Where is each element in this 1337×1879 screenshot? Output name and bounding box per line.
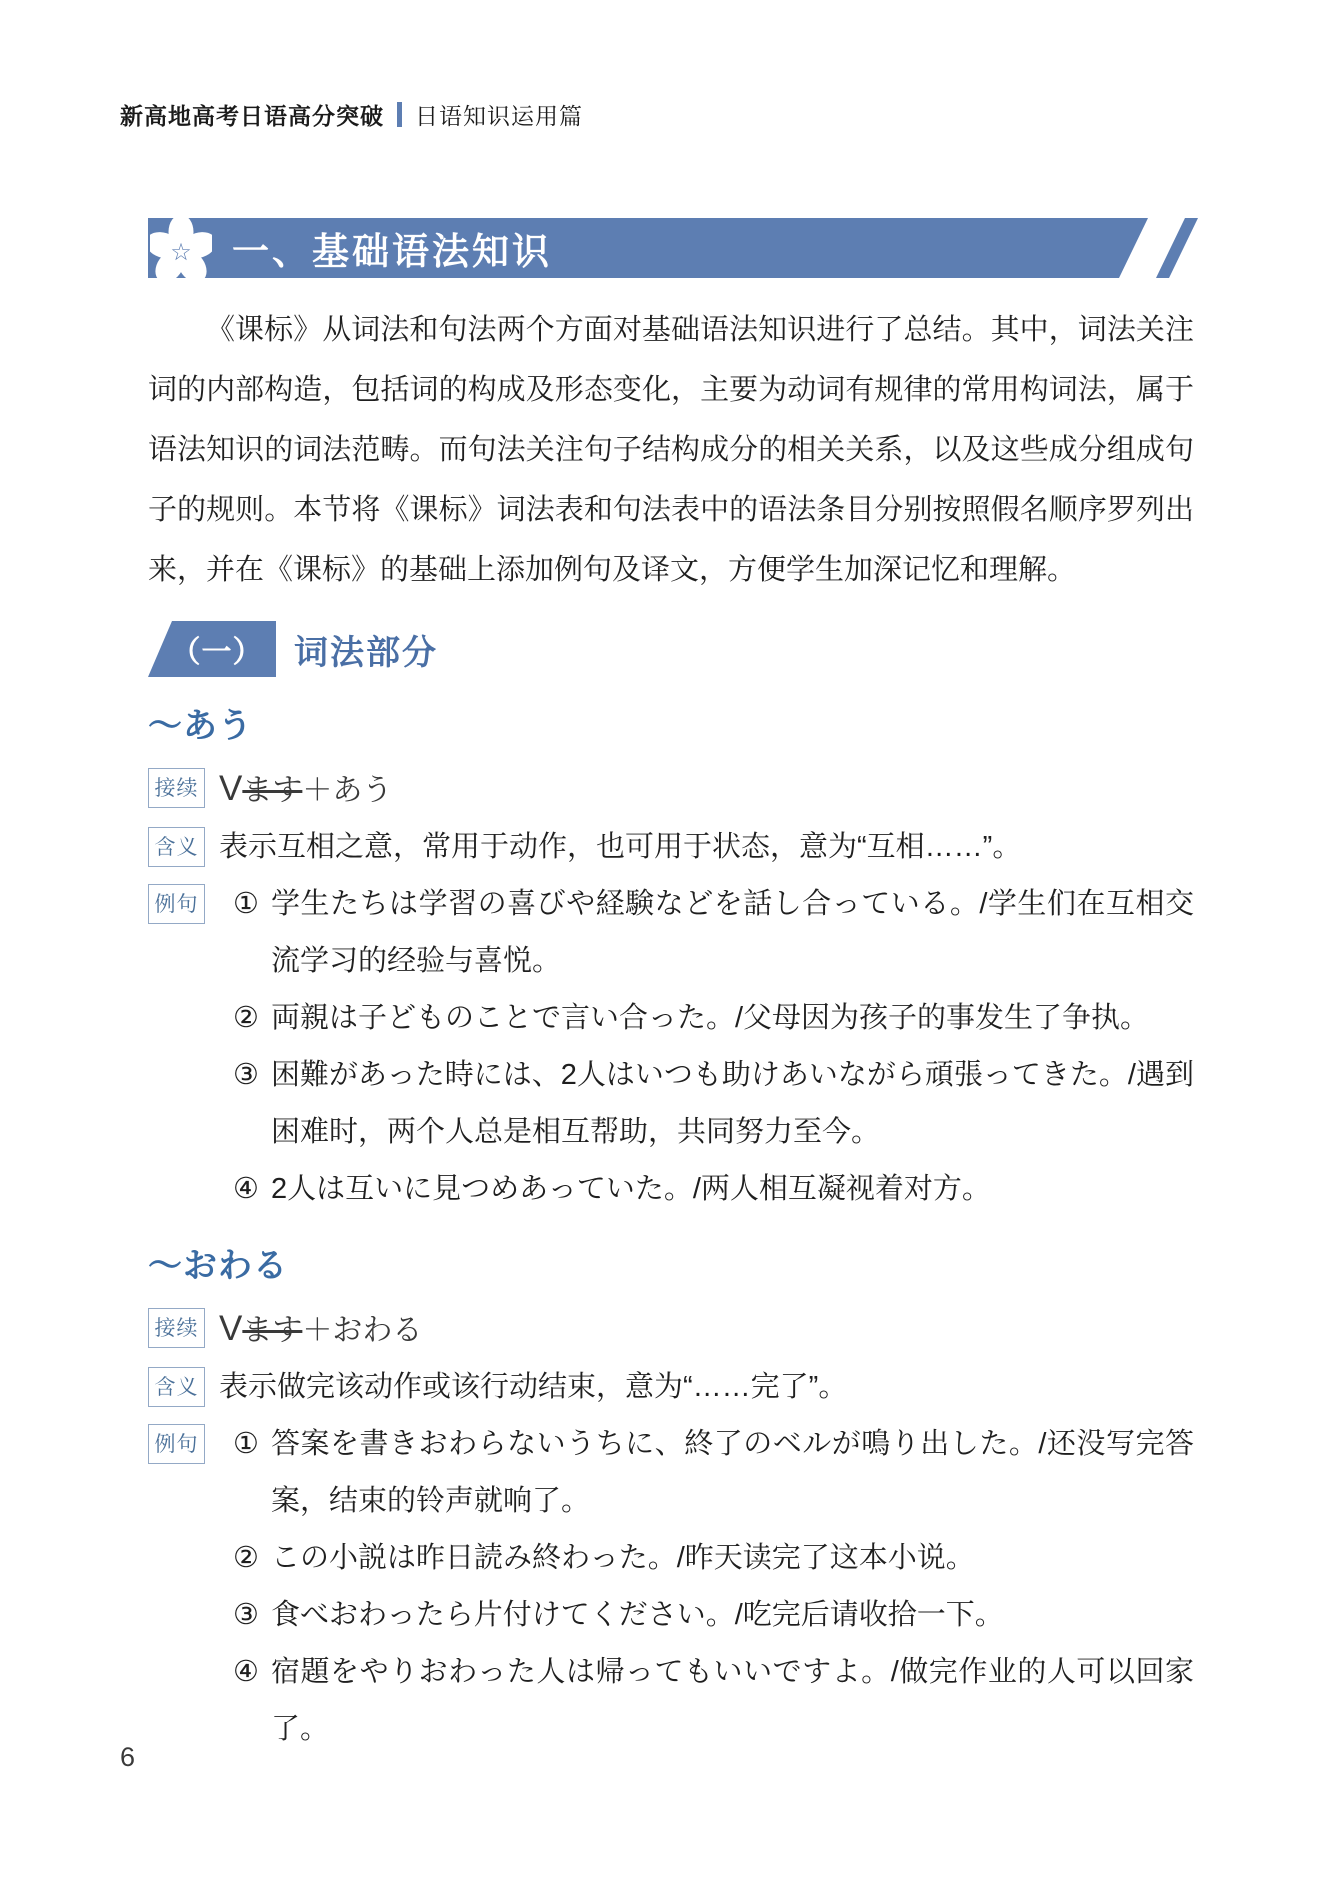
example-number: ④ [233,1161,271,1218]
connection-text: Vます＋おわる [219,1300,1194,1359]
textbook-page: 新高地高考日语高分突破 日语知识运用篇 一、基础语法知识 ☆ 《课标》从词法和句… [0,0,1337,1879]
label-meaning: 含义 [148,1367,205,1407]
example-text: 2人は互いに見つめあっていた。/两人相互凝视着对方。 [271,1161,1194,1218]
example-number: ① [233,876,271,933]
intro-paragraph: 《课标》从词法和句法两个方面对基础语法知识进行了总结。其中，词法关注词的内部构造… [148,300,1194,600]
subsection-badge: （一） [148,621,276,677]
label-example: 例句 [148,884,205,924]
example-item: ④ 2人は互いに見つめあっていた。/两人相互凝视着对方。 [219,1161,1194,1218]
connection-suffix: ＋あう [302,774,392,807]
example-text: 困難があった時には、2人はいつも助けあいながら頑張ってきた。/遇到困难时，两个人… [271,1047,1194,1161]
struck-masu: ます [242,774,302,807]
banner-slant-sliver [1156,218,1198,278]
svg-text:☆: ☆ [170,239,192,266]
meaning-row: 含义 表示做完该动作或该行动结束，意为“……完了”。 [148,1359,1194,1416]
verb-stem-symbol: V [219,1309,242,1348]
example-number: ② [233,990,271,1047]
sakura-star-icon: ☆ [150,212,212,288]
connection-row: 接续 Vます＋あう [148,760,1194,819]
example-number: ① [233,1416,271,1473]
example-text: 答案を書きおわらないうちに、終了のベルが鳴り出した。/还没写完答案，结束的铃声就… [271,1416,1194,1530]
meaning-text: 表示做完该动作或该行动结束，意为“……完了”。 [219,1359,1194,1416]
example-text: この小説は昨日読み終わった。/昨天读完了这本小说。 [271,1530,1194,1587]
subsection-heading: （一） 词法部分 [148,620,1194,678]
label-connection: 接续 [148,768,205,808]
page-number: 6 [120,1742,135,1773]
header-divider-bar [397,102,402,127]
example-text: 学生たちは学習の喜びや経験などを話し合っている。/学生们在互相交流学习的经验与喜… [271,876,1194,990]
subsection-title: 词法部分 [294,625,438,674]
example-number: ③ [233,1587,271,1644]
example-number: ③ [233,1047,271,1104]
example-row: 例句 ① 答案を書きおわらないうちに、終了のベルが鳴り出した。/还没写完答案，结… [148,1416,1194,1758]
example-number: ② [233,1530,271,1587]
example-item: ④ 宿題をやりおわった人は帰ってもいいですよ。/做完作业的人可以回家了。 [219,1644,1194,1758]
meaning-row: 含义 表示互相之意，常用于动作，也可用于状态，意为“互相……”。 [148,819,1194,876]
example-item: ③ 食べおわったら片付けてください。/吃完后请收拾一下。 [219,1587,1194,1644]
page-content: 《课标》从词法和句法两个方面对基础语法知识进行了总结。其中，词法关注词的内部构造… [148,300,1194,1758]
example-number: ④ [233,1644,271,1701]
example-item: ② 両親は子どものことで言い合った。/父母因为孩子的事发生了争执。 [219,990,1194,1047]
chapter-banner: 一、基础语法知识 [148,218,1148,278]
example-item: ① 答案を書きおわらないうちに、終了のベルが鳴り出した。/还没写完答案，结束的铃… [219,1416,1194,1530]
example-list: ① 学生たちは学習の喜びや経験などを話し合っている。/学生们在互相交流学习的经验… [219,876,1194,1218]
verb-stem-symbol: V [219,769,242,808]
grammar-entry-owaru: ～おわる 接续 Vます＋おわる 含义 表示做完该动作或该行动结束，意为“……完了… [148,1244,1194,1758]
entry-headword: ～おわる [148,1244,1194,1288]
example-item: ② この小説は昨日読み終わった。/昨天读完了这本小说。 [219,1530,1194,1587]
struck-masu: ます [242,1314,302,1347]
example-text: 両親は子どものことで言い合った。/父母因为孩子的事发生了争执。 [271,990,1194,1047]
chapter-title: 一、基础语法知识 [232,221,552,275]
volume-title: 日语知识运用篇 [415,98,583,131]
book-title: 新高地高考日语高分突破 [120,98,384,131]
example-item: ① 学生たちは学習の喜びや経験などを話し合っている。/学生们在互相交流学习的经验… [219,876,1194,990]
grammar-entry-au: ～あう 接续 Vます＋あう 含义 表示互相之意，常用于动作，也可用于状态，意为“… [148,704,1194,1218]
entry-headword: ～あう [148,704,1194,748]
example-row: 例句 ① 学生たちは学習の喜びや経験などを話し合っている。/学生们在互相交流学习… [148,876,1194,1218]
example-item: ③ 困難があった時には、2人はいつも助けあいながら頑張ってきた。/遇到困难时，两… [219,1047,1194,1161]
example-text: 食べおわったら片付けてください。/吃完后请收拾一下。 [271,1587,1194,1644]
connection-row: 接续 Vます＋おわる [148,1300,1194,1359]
running-head: 新高地高考日语高分突破 日语知识运用篇 [120,98,583,131]
connection-suffix: ＋おわる [302,1314,422,1347]
connection-text: Vます＋あう [219,760,1194,819]
label-connection: 接续 [148,1308,205,1348]
example-list: ① 答案を書きおわらないうちに、終了のベルが鳴り出した。/还没写完答案，结束的铃… [219,1416,1194,1758]
meaning-text: 表示互相之意，常用于动作，也可用于状态，意为“互相……”。 [219,819,1194,876]
label-meaning: 含义 [148,827,205,867]
example-text: 宿題をやりおわった人は帰ってもいいですよ。/做完作业的人可以回家了。 [271,1644,1194,1758]
label-example: 例句 [148,1424,205,1464]
